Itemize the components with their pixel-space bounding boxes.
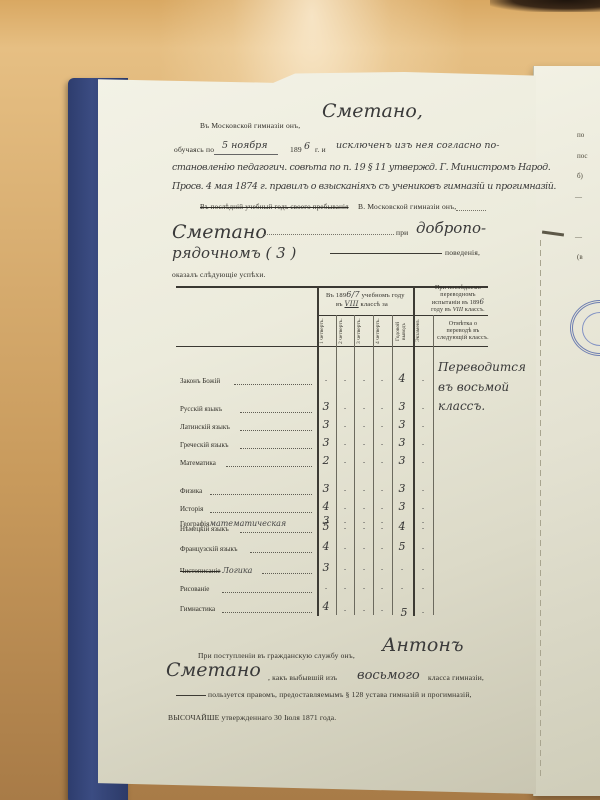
- year-suffix: г. и: [315, 145, 326, 154]
- gymnasium-line: Въ Московской гимназіи онъ,: [200, 121, 300, 130]
- column-header-q3: 3 четверть.: [356, 317, 372, 345]
- transfer-note-line-2: въ восьмой: [438, 380, 509, 394]
- column-header-transfer-note: Отмѣтка о переводѣ въ следующій классъ.: [437, 321, 489, 342]
- blank-line: [176, 695, 206, 696]
- rights-line: пользуется правомъ, предоставляемымъ § 1…: [208, 690, 472, 699]
- right-page-fold-line: [540, 240, 541, 780]
- left-class-label: , какъ выбывшій изъ: [268, 673, 337, 682]
- year-handwritten: 6: [304, 141, 310, 152]
- transfer-note-line-3: классъ.: [438, 399, 485, 413]
- subject-label: Рисованіе: [180, 585, 209, 593]
- studying-label: обучаясь по: [174, 145, 214, 154]
- grade-annual: 4: [394, 372, 410, 385]
- date-underline: [214, 154, 278, 155]
- first-name-handwritten: Антонъ: [382, 634, 464, 656]
- right-fragment: —: [575, 233, 582, 241]
- column-header-annual: Годовой выводъ: [395, 317, 411, 345]
- gymnasium-class-label: класса гимназіи,: [428, 673, 484, 682]
- subject-label: Физика: [180, 487, 202, 495]
- dark-object-corner: [490, 0, 600, 12]
- regulation-line-handwritten: Просв. 4 мая 1874 г. правилъ о взысканія…: [172, 181, 556, 192]
- column-header-exam: Экзаменъ: [415, 317, 431, 345]
- subject-label: Греческій языкъ: [180, 441, 229, 449]
- conduct-line: [330, 253, 442, 254]
- subject-label: Законъ Божій: [180, 377, 220, 385]
- conduct-grade-handwritten: рядочномъ ( 3 ): [172, 244, 296, 262]
- column-header-q2: 2 четверть.: [338, 317, 354, 345]
- transfer-note-line-1: Переводится: [438, 360, 526, 374]
- subject-label: Чистописаніе Логика: [180, 566, 252, 575]
- table-header-class-group: въ VIII классѣ за: [336, 300, 388, 308]
- gymnasium-line-2: В. Московской гимназіи онъ,: [358, 202, 456, 211]
- right-fragment: по: [577, 131, 584, 139]
- subject-label: Математика: [180, 459, 216, 467]
- subject-label: Русскій языкъ: [180, 405, 222, 413]
- conduct-prefix: при: [396, 228, 408, 237]
- surname-handwritten-footer: Сметано: [166, 659, 261, 681]
- table-header-transfer-exam: При послѣднемъ переводномъ испытаніи въ …: [428, 285, 488, 314]
- conduct-label: поведенія,: [445, 248, 480, 257]
- student-surname-handwritten: Сметано,: [322, 100, 423, 122]
- results-intro: оказалъ слѣдующіе успѣхи.: [172, 270, 266, 279]
- right-fragment: —: [575, 193, 582, 201]
- class-handwritten: восьмого: [357, 668, 420, 683]
- ruling-line-handwritten: становленію педагогич. совѣта по п. 19 §…: [172, 162, 550, 173]
- decree-line: ВЫСОЧАЙШЕ утвержденнаго 30 Іюля 1871 год…: [168, 713, 336, 722]
- dotted-fill: [264, 234, 394, 235]
- exclusion-date-handwritten: 5 ноября: [222, 140, 268, 151]
- subject-label: Нѣмецкій языкъ: [180, 525, 229, 533]
- dotted-fill: [456, 210, 486, 211]
- right-fragment: б): [577, 172, 583, 180]
- column-header-q4: 4 четверть.: [375, 317, 391, 345]
- right-fragment: (в: [577, 253, 583, 261]
- right-page: [533, 66, 600, 796]
- student-surname-handwritten-2: Сметано: [172, 221, 267, 243]
- table-header-year-group: Въ 1896/7 учебномъ году: [326, 290, 405, 299]
- subject-label: Французскій языкъ: [180, 545, 238, 553]
- subject-label: Исторія: [180, 505, 203, 513]
- year-prefix: 189: [290, 145, 302, 154]
- subject-label: Латинскій языкъ: [180, 423, 230, 431]
- exclusion-reason-handwritten: исключенъ изъ нея согласно по-: [336, 140, 499, 151]
- subject-label: Гимнастика: [180, 605, 215, 613]
- right-fragment: пос: [577, 152, 588, 160]
- struck-print-text: Въ послѣдній учебный годъ своего пребыва…: [200, 203, 349, 211]
- conduct-handwritten: добропо-: [416, 219, 486, 237]
- column-header-q1: 1 четверть.: [319, 317, 335, 345]
